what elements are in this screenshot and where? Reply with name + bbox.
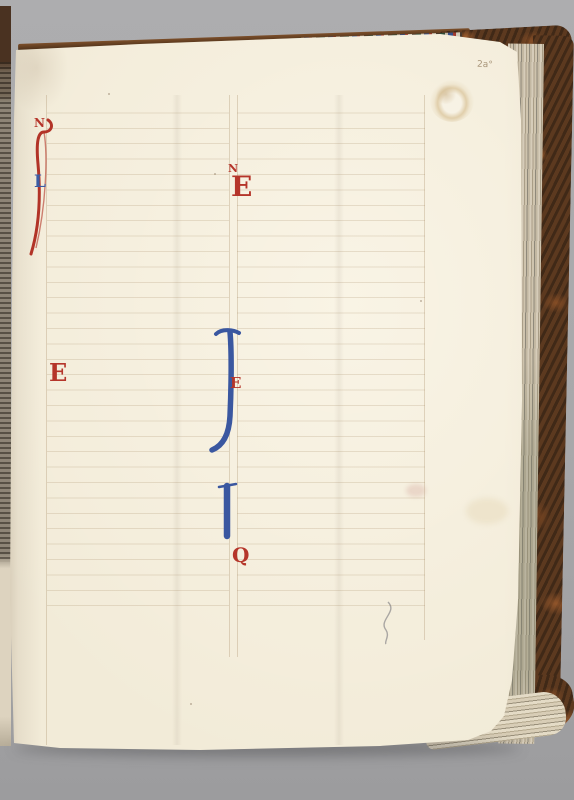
text-line: ndit co doctoes ée sete — [237, 99, 257, 114]
folio-number: 2a° — [477, 60, 493, 71]
photograph-of-manuscript-book: 2a° suo·qr h é gña gretiu vo? p Dm ét.No… — [0, 0, 574, 800]
paragraph-mark-initial: N — [228, 162, 238, 175]
descender-flourish — [372, 600, 398, 646]
lombard-initial-e-small: E — [230, 374, 241, 392]
blue-flourish-initial-i — [214, 480, 240, 544]
text-column-right: phisces suis sins bó s4 tdidqr fidelib° … — [237, 99, 425, 608]
ink-speck — [108, 93, 110, 95]
wax-stain-ring — [435, 85, 457, 104]
paragraph-mark-initial: N — [34, 116, 45, 130]
ink-speck — [190, 703, 192, 705]
yellow-stain — [466, 498, 508, 524]
manuscript-page: 2a° suo·qr h é gña gretiu vo? p Dm ét.No… — [0, 0, 574, 800]
facing-page-text-blur — [0, 62, 11, 562]
text-column-left: suo·qr h é gña gretiu vo? p Dm ét.Non é … — [47, 99, 229, 608]
text-line: cce hó q́ pegre phalat ser — [47, 99, 67, 114]
lombard-initial-e-large: E — [231, 172, 252, 202]
lombard-initial-q: Q — [232, 543, 249, 567]
lombard-initial-l: L — [34, 172, 46, 192]
facing-page-edge — [0, 6, 11, 746]
lombard-initial-e: E — [49, 358, 67, 387]
